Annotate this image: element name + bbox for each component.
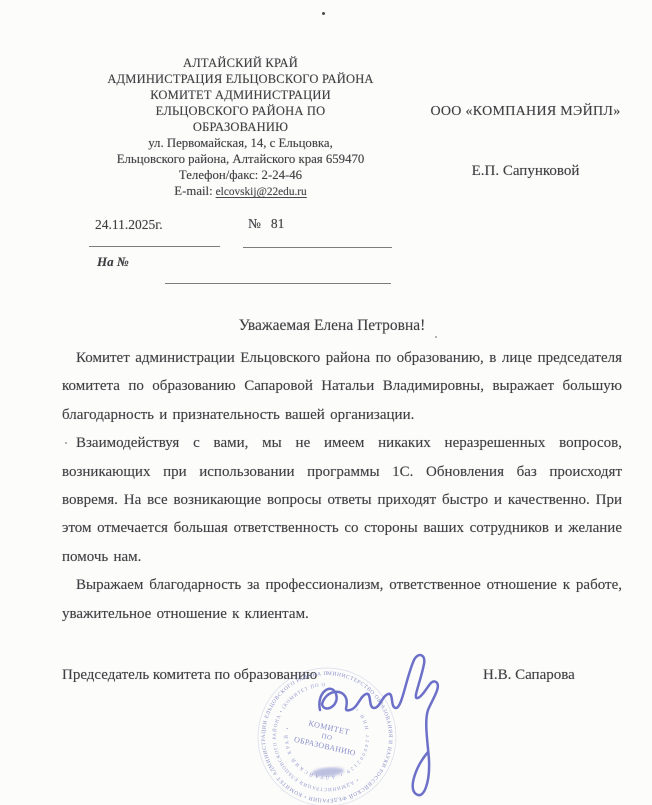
email-address: elcovskij@22edu.ru bbox=[216, 186, 307, 198]
scanned-letter-page: АЛТАЙСКИЙ КРАЙ АДМИНИСТРАЦИЯ ЕЛЬЦОВСКОГО… bbox=[0, 0, 652, 805]
sender-org-line: АЛТАЙСКИЙ КРАЙ bbox=[58, 55, 423, 71]
sender-address-line: Ельцовского района, Алтайского края 6594… bbox=[58, 151, 423, 167]
scan-speck bbox=[435, 336, 437, 338]
letter-body: Комитет администрации Ельцовского района… bbox=[62, 344, 622, 628]
date-underline bbox=[89, 246, 220, 247]
letter-date: 24.11.2025г. bbox=[95, 217, 163, 233]
signer-name: Н.В. Сапарова bbox=[483, 667, 575, 684]
sender-org-line: КОМИТЕТ АДМИНИСТРАЦИИ bbox=[58, 87, 423, 103]
scan-speck bbox=[322, 12, 325, 15]
handwritten-signature bbox=[312, 648, 462, 805]
email-label: E-mail: bbox=[174, 184, 212, 198]
sender-address-line: ул. Первомайская, 14, с Ельцовка, bbox=[58, 135, 423, 151]
letter-number: №81 bbox=[248, 216, 284, 232]
salutation: Уважаемая Елена Петровна! bbox=[62, 317, 602, 335]
reply-underline bbox=[165, 283, 391, 284]
number-sign: № bbox=[248, 216, 261, 231]
reply-to-label: На № bbox=[97, 254, 129, 270]
number-value: 81 bbox=[271, 216, 285, 231]
paragraph: Выражаем благодарность за профессионализ… bbox=[62, 571, 622, 628]
paragraph: Комитет администрации Ельцовского района… bbox=[62, 344, 622, 429]
number-underline bbox=[243, 247, 392, 248]
sender-org-line: АДМИНИСТРАЦИЯ ЕЛЬЦОВСКОГО РАЙОНА bbox=[58, 71, 423, 87]
sender-letterhead: АЛТАЙСКИЙ КРАЙ АДМИНИСТРАЦИЯ ЕЛЬЦОВСКОГО… bbox=[58, 55, 423, 200]
recipient-person: Е.П. Сапунковой bbox=[403, 163, 648, 180]
sender-org-line: ОБРАЗОВАНИЮ bbox=[58, 119, 423, 135]
recipient-company: ООО «КОМПАНИЯ МЭЙПЛ» bbox=[403, 104, 648, 120]
sender-phone-line: Телефон/факс: 2-24-46 bbox=[58, 167, 423, 183]
paragraph: Взаимодействуя с вами, мы не имеем никак… bbox=[62, 429, 622, 571]
sender-org-line: ЕЛЬЦОВСКОГО РАЙОНА ПО bbox=[58, 103, 423, 119]
sender-email-line: E-mail:elcovskij@22edu.ru bbox=[58, 183, 423, 200]
